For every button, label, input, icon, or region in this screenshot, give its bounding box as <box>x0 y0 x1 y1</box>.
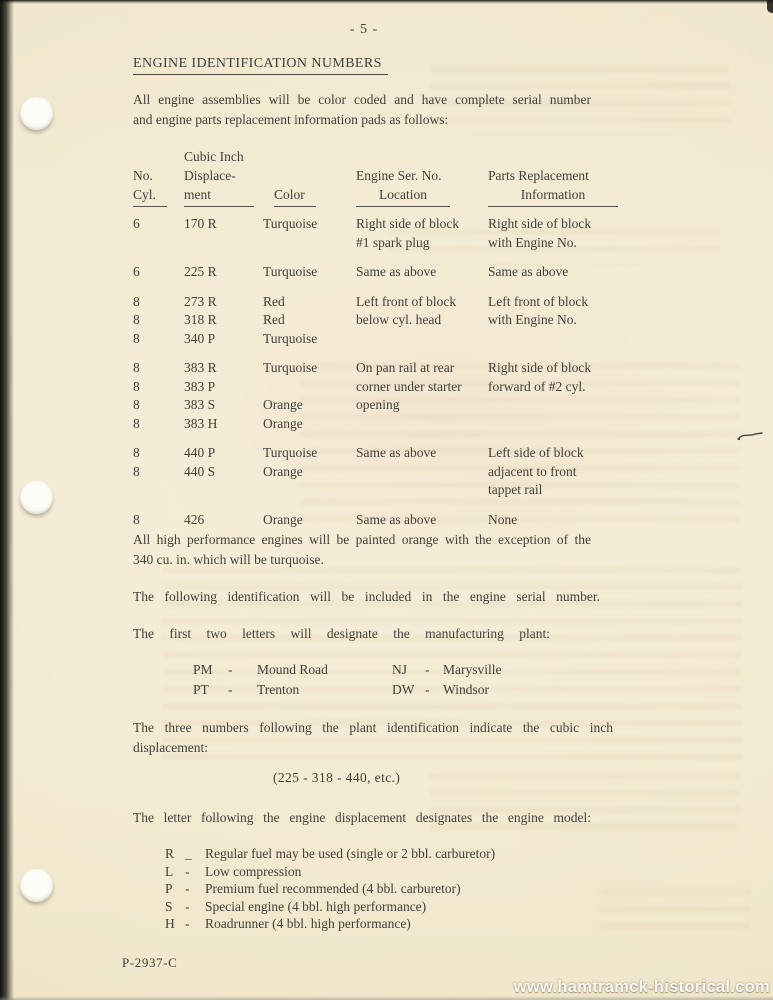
page-number: - 5 - <box>133 22 595 38</box>
plant-code: NJ-Marysville <box>392 660 502 680</box>
plant-code-separator: - <box>425 680 443 700</box>
table-cell-location: Same as above <box>356 444 488 463</box>
table-row: 8273 RRedLeft front of blockLeft front o… <box>133 293 763 312</box>
table-cell-location <box>356 481 488 500</box>
table-cell-disp <box>184 481 263 500</box>
table-row: 6225 RTurquoiseSame as aboveSame as abov… <box>133 263 763 282</box>
table-cell-location: opening <box>356 396 488 415</box>
table-cell-parts: Left side of block <box>488 444 763 463</box>
table-cell-location: #1 spark plug <box>356 234 488 253</box>
table-cell-parts <box>488 396 763 415</box>
table-cell-cyl: 8 <box>133 444 184 463</box>
table-cell-cyl <box>133 481 184 500</box>
table-cell-cyl <box>133 234 184 253</box>
page-left-edge <box>0 0 14 1000</box>
table-cell-disp: 273 R <box>184 293 263 312</box>
plant-code-letters: NJ <box>392 660 425 680</box>
plant-code-letters: PT <box>193 680 228 700</box>
table-row: #1 spark plugwith Engine No. <box>133 234 763 253</box>
plant-code-separator: - <box>228 680 257 700</box>
header-line-underlined: ment <box>184 185 254 207</box>
table-cell-color: Orange <box>263 463 356 482</box>
table-cell-location <box>356 463 488 482</box>
header-line-underlined: Cyl. <box>133 185 167 207</box>
page-corner-mark <box>767 0 773 13</box>
model-code-description: Premium fuel recommended (4 bbl. carbure… <box>205 880 495 898</box>
table-cell-color: Orange <box>263 511 356 530</box>
model-code-letter: R <box>165 845 185 863</box>
note-line: The three numbers following the plant id… <box>133 718 613 738</box>
plant-code-name: Trenton <box>257 680 299 700</box>
plant-code-name: Marysville <box>443 660 502 680</box>
table-cell-disp: 383 S <box>184 396 263 415</box>
table-cell-parts: with Engine No. <box>488 234 763 253</box>
table-row: 8383 Pcorner under starterforward of #2 … <box>133 378 763 397</box>
table-cell-color: Orange <box>263 396 356 415</box>
table-cell-location: On pan rail at rear <box>356 359 488 378</box>
plant-code-separator: - <box>228 660 257 680</box>
table-header-displacement: Cubic Inch Displace- ment <box>184 147 254 207</box>
table-cell-disp <box>184 234 263 253</box>
table-cell-disp: 383 H <box>184 415 263 434</box>
model-code-letter: H <box>165 915 185 933</box>
table-row: 8383 SOrangeopening <box>133 396 763 415</box>
table-cell-parts: with Engine No. <box>488 311 763 330</box>
table-row: 8440 PTurquoiseSame as aboveLeft side of… <box>133 444 763 463</box>
table-cell-location: below cyl. head <box>356 311 488 330</box>
orange-note-paragraph: All high performance engines will be pai… <box>133 530 591 570</box>
model-code-description: Regular fuel may be used (single or 2 bb… <box>205 845 495 863</box>
header-line: Parts Replacement <box>488 166 618 185</box>
note-line: displacement: <box>133 738 613 758</box>
header-line: Displace- <box>184 166 254 185</box>
table-cell-cyl: 8 <box>133 359 184 378</box>
table-cell-parts <box>488 330 763 349</box>
model-code-letter: P <box>165 880 185 898</box>
model-code-separator: - <box>185 898 205 916</box>
header-line-underlined: Location <box>356 185 450 207</box>
plant-code-name: Windsor <box>443 680 489 700</box>
table-row: 8318 RRedbelow cyl. headwith Engine No. <box>133 311 763 330</box>
hole-punch <box>20 97 53 130</box>
document-title: ENGINE IDENTIFICATION NUMBERS <box>133 56 388 75</box>
table-cell-parts: Same as above <box>488 263 763 282</box>
table-cell-parts: Right side of block <box>488 215 763 234</box>
table-cell-color <box>263 234 356 253</box>
table-cell-parts: None <box>488 511 763 530</box>
table-cell-location: Left front of block <box>356 293 488 312</box>
table-row: 8383 RTurquoiseOn pan rail at rearRight … <box>133 359 763 378</box>
model-code-letter: L <box>165 863 185 881</box>
table-cell-color: Turquoise <box>263 215 356 234</box>
model-code-separator: - <box>185 863 205 881</box>
table-cell-disp: 318 R <box>184 311 263 330</box>
table-cell-cyl: 8 <box>133 463 184 482</box>
plant-code: PM-Mound Road <box>193 660 392 680</box>
table-cell-color: Orange <box>263 415 356 434</box>
table-cell-parts: forward of #2 cyl. <box>488 378 763 397</box>
table-row: 8440 SOrangeadjacent to front <box>133 463 763 482</box>
plant-code: PT-Trenton <box>193 680 392 700</box>
plant-code-row: PT-TrentonDW-Windsor <box>193 680 502 700</box>
note-line: All high performance engines will be pai… <box>133 530 591 550</box>
model-code-row: R_Regular fuel may be used (single or 2 … <box>165 845 495 863</box>
document-title-text: ENGINE IDENTIFICATION NUMBERS <box>133 56 388 75</box>
table-cell-disp: 440 P <box>184 444 263 463</box>
hole-punch <box>20 481 53 514</box>
table-cell-color: Turquoise <box>263 359 356 378</box>
model-code-separator: _ <box>185 845 205 863</box>
table-header-color: Color <box>274 185 316 207</box>
model-code-separator: - <box>185 915 205 933</box>
table-cell-cyl: 6 <box>133 215 184 234</box>
model-code-row: P-Premium fuel recommended (4 bbl. carbu… <box>165 880 495 898</box>
table-cell-cyl: 8 <box>133 415 184 434</box>
serial-note-paragraph: The following identification will be inc… <box>133 587 600 607</box>
displacement-paragraph: The three numbers following the plant id… <box>133 718 613 758</box>
table-row: 8383 HOrange <box>133 415 763 434</box>
plant-code-name: Mound Road <box>257 660 328 680</box>
intro-line: All engine assemblies will be color code… <box>133 90 591 110</box>
model-code-separator: - <box>185 880 205 898</box>
table-cell-color: Turquoise <box>263 330 356 349</box>
table-header-serial-location: Engine Ser. No. Location <box>356 166 450 207</box>
model-intro-paragraph: The letter following the engine displace… <box>133 808 591 828</box>
table-cell-cyl: 8 <box>133 378 184 397</box>
table-cell-location: Same as above <box>356 263 488 282</box>
table-row: 8340 PTurquoise <box>133 330 763 349</box>
model-code-description: Special engine (4 bbl. high performance) <box>205 898 495 916</box>
table-cell-cyl: 8 <box>133 511 184 530</box>
table-header-parts: Parts Replacement Information <box>488 166 618 207</box>
table-cell-parts: tappet rail <box>488 481 763 500</box>
table-row: 6170 RTurquoiseRight side of blockRight … <box>133 215 763 234</box>
table-cell-location <box>356 415 488 434</box>
header-line: Engine Ser. No. <box>356 166 450 185</box>
hole-punch <box>20 869 53 902</box>
table-cell-color <box>263 481 356 500</box>
plant-code: DW-Windsor <box>392 680 489 700</box>
header-line: Cubic Inch <box>184 147 254 166</box>
table-cell-disp: 383 P <box>184 378 263 397</box>
table-cell-color: Red <box>263 311 356 330</box>
table-cell-parts: Left front of block <box>488 293 763 312</box>
table-cell-disp: 170 R <box>184 215 263 234</box>
table-cell-disp: 340 P <box>184 330 263 349</box>
table-cell-cyl: 8 <box>133 396 184 415</box>
table-cell-location: Right side of block <box>356 215 488 234</box>
page-top-edge <box>0 0 773 4</box>
model-code-row: S-Special engine (4 bbl. high performanc… <box>165 898 495 916</box>
displacement-example: (225 - 318 - 440, etc.) <box>273 770 400 786</box>
table-cell-parts <box>488 415 763 434</box>
header-line-underlined: Information <box>488 185 618 207</box>
plant-code-row: PM-Mound RoadNJ-Marysville <box>193 660 502 680</box>
plant-intro-paragraph: The first two letters will designate the… <box>133 624 550 644</box>
model-code-description: Roadrunner (4 bbl. high performance) <box>205 915 495 933</box>
form-number: P-2937-C <box>122 955 177 971</box>
table-cell-color: Red <box>263 293 356 312</box>
table-cell-color: Turquoise <box>263 444 356 463</box>
intro-line: and engine parts replacement information… <box>133 110 591 130</box>
table-cell-location: Same as above <box>356 511 488 530</box>
table-cell-color <box>263 378 356 397</box>
intro-paragraph: All engine assemblies will be color code… <box>133 90 591 130</box>
model-codes-list: R_Regular fuel may be used (single or 2 … <box>165 845 495 933</box>
plant-code-separator: - <box>425 660 443 680</box>
table-cell-cyl: 8 <box>133 311 184 330</box>
table-cell-location <box>356 330 488 349</box>
table-cell-parts: Right side of block <box>488 359 763 378</box>
table-cell-cyl: 6 <box>133 263 184 282</box>
header-line-underlined: Color <box>274 185 316 207</box>
table-cell-disp: 225 R <box>184 263 263 282</box>
table-header-cyl: No. Cyl. <box>133 166 167 207</box>
note-line: 340 cu. in. which will be turquoise. <box>133 550 591 570</box>
plant-code-letters: PM <box>193 660 228 680</box>
table-cell-color: Turquoise <box>263 263 356 282</box>
model-code-row: H-Roadrunner (4 bbl. high performance) <box>165 915 495 933</box>
table-row: 8426OrangeSame as aboveNone <box>133 511 763 530</box>
table-row: tappet rail <box>133 481 763 500</box>
header-line: No. <box>133 166 167 185</box>
watermark: www.hamtramck-historical.com <box>514 978 770 997</box>
engine-table-body: 6170 RTurquoiseRight side of blockRight … <box>133 215 763 529</box>
plant-codes-list: PM-Mound RoadNJ-MarysvillePT-TrentonDW-W… <box>193 660 502 700</box>
plant-code-letters: DW <box>392 680 425 700</box>
model-code-description: Low compression <box>205 863 495 881</box>
table-cell-cyl: 8 <box>133 330 184 349</box>
table-cell-disp: 383 R <box>184 359 263 378</box>
table-cell-parts: adjacent to front <box>488 463 763 482</box>
table-cell-cyl: 8 <box>133 293 184 312</box>
model-code-letter: S <box>165 898 185 916</box>
table-cell-disp: 426 <box>184 511 263 530</box>
model-code-row: L-Low compression <box>165 863 495 881</box>
table-cell-location: corner under starter <box>356 378 488 397</box>
table-cell-disp: 440 S <box>184 463 263 482</box>
